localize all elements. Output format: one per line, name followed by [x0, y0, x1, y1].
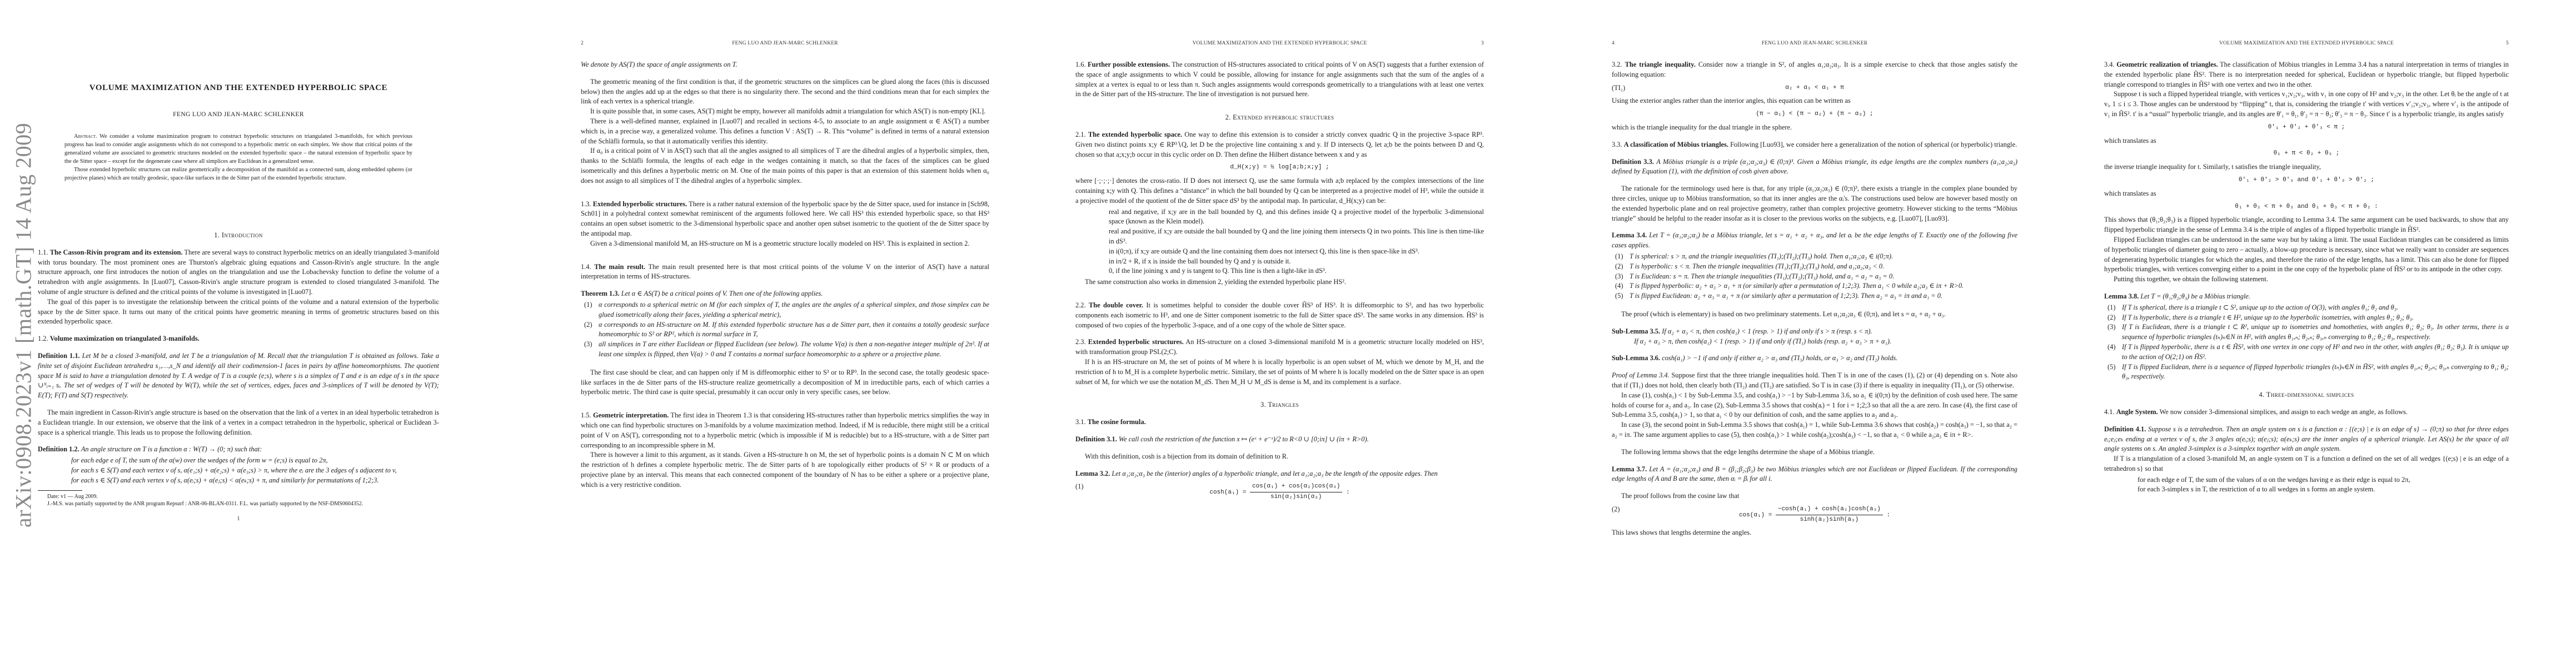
- equation-exterior: (π − α₁) < (π − α₂) + (π − α₃) ;: [1612, 109, 2017, 120]
- subsection-1-4: 1.4. The main result. The main result pr…: [581, 262, 989, 282]
- sub-lemma-3-5: Sub-Lemma 3.5. If α₂ + α₃ < π, then cosh…: [1612, 327, 2017, 337]
- subsection-3-1: 3.1. The cosine formula.: [1075, 417, 1484, 427]
- lemma-3-8: Lemma 3.8. Let T = (θ₁;θ₂;θ₃) be a Möbiu…: [2104, 292, 2509, 302]
- definition-3-1: Definition 3.1. We call cosh the restric…: [1075, 435, 1484, 445]
- lemma-3-7: Lemma 3.7. Let A = (α₁;α₂;α₃) and B = (β…: [1612, 465, 2017, 485]
- running-head: VOLUME MAXIMIZATION AND THE EXTENDED HYP…: [2104, 41, 2509, 48]
- subsection-3-3: 3.3. A classification of Möbius triangle…: [1612, 140, 2017, 150]
- running-head: 2 FENG LUO AND JEAN-MARC SCHLENKER: [581, 41, 989, 48]
- lemma-3-4-cases: (1)T is spherical: s > π, and the triang…: [1612, 252, 2017, 301]
- lemma-3-4: Lemma 3.4. Let T = (α₁;α₂;α₃) be a Möbiu…: [1612, 231, 2017, 251]
- section-heading: 4. Three-dimensional simplices: [2104, 390, 2509, 400]
- equation-translated: θ₁ + θ₂ < π + θ₃ and θ₁ + θ₃ < π + θ₂ :: [2104, 202, 2509, 212]
- lemma-3-8-cases: (1)If T is spherical, there is a triangl…: [2104, 303, 2509, 382]
- equation-1: (1) cosh(a₁) = cos(α₁) + cos(α₂)cos(α₃)s…: [1075, 482, 1484, 502]
- subsection-2-2: 2.2. The double cover. It is sometimes h…: [1075, 301, 1484, 330]
- equation-triangle-inequality: θ′₁ + θ′₂ > θ′₃ and θ′₁ + θ′₃ > θ′₂ ;: [2104, 176, 2509, 186]
- theorem-1-3: Theorem 1.3. Let α ∈ AS(T) be a critical…: [581, 289, 989, 299]
- subsection-1-5: 1.5. Geometric interpretation. The first…: [581, 411, 989, 450]
- theorem-1-3-cases: (1)α corresponds to a spherical metric o…: [581, 300, 989, 360]
- definition-4-1: Definition 4.1. Suppose s is a tetrahedr…: [2104, 425, 2509, 454]
- page-1: VOLUME MAXIMIZATION AND THE EXTENDED HYP…: [38, 0, 439, 667]
- section-heading: 2. Extended hyperbolic structures: [1075, 113, 1484, 123]
- page-3-body: 1.6. Further possible extensions. The co…: [1075, 60, 1484, 506]
- subsection-3-2: 3.2. The triangle inequality. Consider n…: [1612, 60, 2017, 80]
- distance-cases: real and negative, if x;y are in the bal…: [1109, 207, 1484, 277]
- equation-angle-sum: θ′₁ + θ′₂ + θ′₃ < π ;: [2104, 123, 2509, 133]
- definition-1-1: Definition 1.1. Let M be a closed 3-mani…: [38, 351, 439, 401]
- subsection-1-1: 1.1. The Casson-Rivin program and its ex…: [38, 248, 439, 297]
- arxiv-stamp: arXiv:0908.2023v1 [math.GT] 14 Aug 2009: [12, 83, 34, 567]
- proof-lemma-3-4: Proof of Lemma 3.4. Suppose first that t…: [1612, 371, 2017, 391]
- subsection-1-2: 1.2. Volume maximization on triangulated…: [38, 334, 439, 344]
- equation-inverse-inequality: θ₁ + π < θ₂ + θ₃ ;: [2104, 149, 2509, 159]
- subsection-3-4: 3.4. Geometric realization of triangles.…: [2104, 60, 2509, 89]
- equation-2: (2) cos(α₁) = −cosh(a₁) + cosh(a₂)cosh(a…: [1612, 505, 2017, 525]
- equation-ti1: (TI₁)α₂ + α₃ < α₁ + π: [1612, 83, 2017, 93]
- sub-lemma-3-6: Sub-Lemma 3.6. cosh(a₁) > −1 if and only…: [1612, 354, 2017, 364]
- subsection-4-1: 4.1. Angle System. We now consider 3-dim…: [2104, 407, 2509, 417]
- running-head: VOLUME MAXIMIZATION AND THE EXTENDED HYP…: [1075, 41, 1484, 48]
- equation-hilbert-distance: d_H(x;y) = ½ log[a;b;x;y] ;: [1075, 163, 1484, 173]
- subsection-2-1: 2.1. The extended hyperbolic space. One …: [1075, 130, 1484, 160]
- paper-title: VOLUME MAXIMIZATION AND THE EXTENDED HYP…: [38, 83, 439, 93]
- definition-1-2-conditions: for each edge e of T, the sum of the α(w…: [71, 456, 439, 485]
- page-5: VOLUME MAXIMIZATION AND THE EXTENDED HYP…: [2104, 0, 2509, 667]
- subsection-1-6: 1.6. Further possible extensions. The co…: [1075, 60, 1484, 99]
- lemma-3-2: Lemma 3.2. Let α₁;α₂;α₃ be the (interior…: [1075, 469, 1484, 479]
- page-number: 1: [38, 514, 439, 524]
- page-5-body: 3.4. Geometric realization of triangles.…: [2104, 60, 2509, 496]
- angle-system-conditions: for each edge e of T, the sum of the val…: [2137, 475, 2509, 495]
- definition-3-3: Definition 3.3. A Möbius triangle is a t…: [1612, 157, 2017, 177]
- definition-1-2: Definition 1.2. An angle structure on T …: [38, 445, 439, 455]
- running-head: 4 FENG LUO AND JEAN-MARC SCHLENKER: [1612, 41, 2017, 48]
- paper-authors: FENG LUO AND JEAN-MARC SCHLENKER: [38, 111, 439, 118]
- section-heading: 3. Triangles: [1075, 400, 1484, 410]
- abstract: Abstract. We consider a volume maximizat…: [64, 132, 412, 182]
- section-heading: 1. Introduction: [38, 231, 439, 241]
- page-4: 4 FENG LUO AND JEAN-MARC SCHLENKER 3.2. …: [1612, 0, 2017, 667]
- page-3: VOLUME MAXIMIZATION AND THE EXTENDED HYP…: [1075, 0, 1484, 667]
- page-2-body: We denote by AS(T) the space of angle as…: [581, 60, 989, 490]
- footnotes: Date: v1 — Aug 2009. J.-M.S. was partial…: [38, 493, 439, 507]
- page-4-body: 3.2. The triangle inequality. Consider n…: [1612, 60, 2017, 538]
- footnote-rule: [38, 490, 82, 491]
- subsection-1-3: 1.3. Extended hyperbolic structures. The…: [581, 200, 989, 239]
- page-2: 2 FENG LUO AND JEAN-MARC SCHLENKER We de…: [581, 0, 989, 667]
- subsection-2-3: 2.3. Extended hyperbolic structures. An …: [1075, 337, 1484, 357]
- page-1-body: 1. Introduction 1.1. The Casson-Rivin pr…: [38, 231, 439, 524]
- abstract-label: Abstract.: [74, 133, 97, 140]
